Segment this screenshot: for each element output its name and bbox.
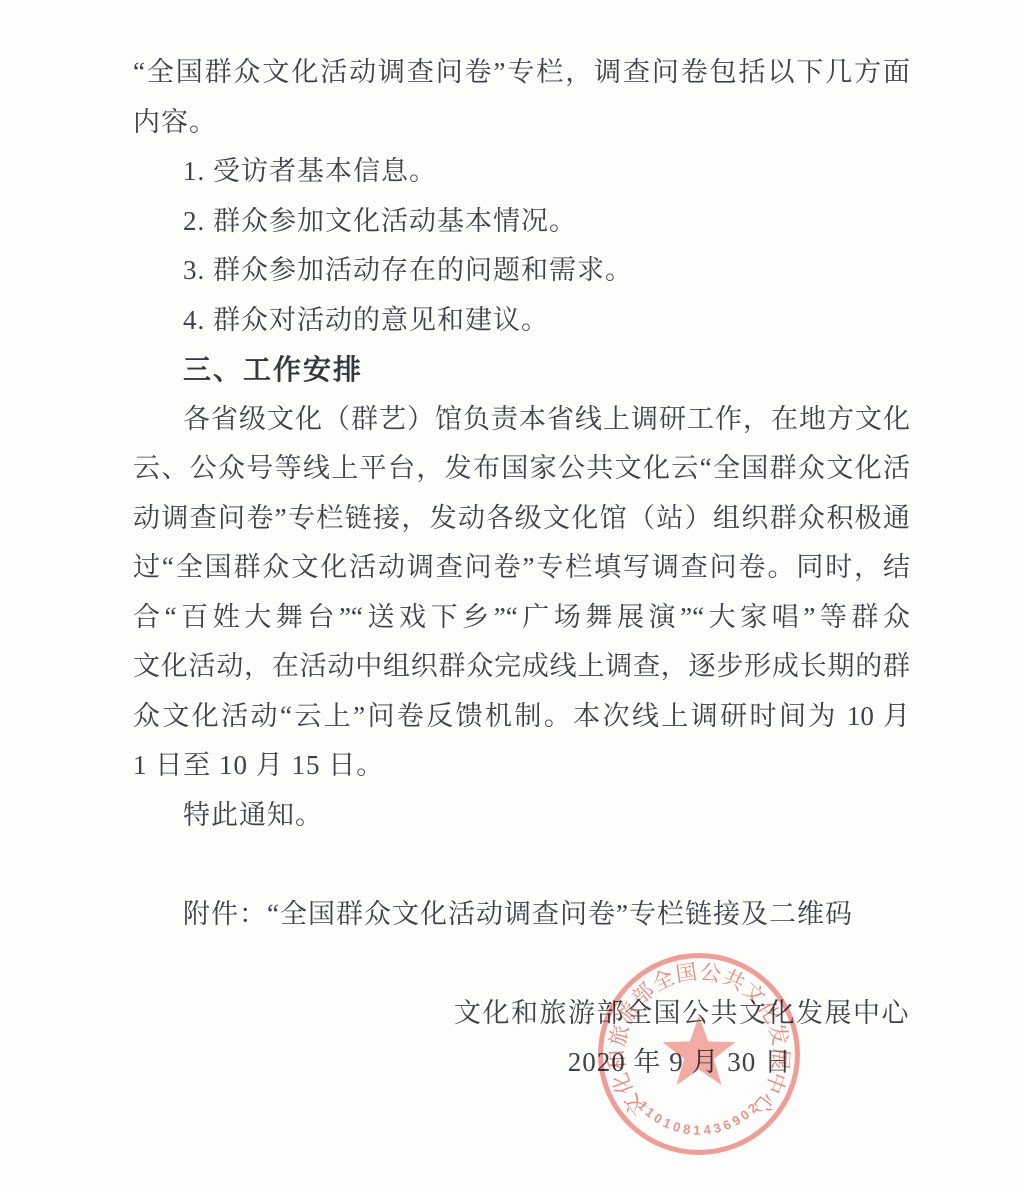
text-line: 1 日至 10 月 15 日。 (133, 741, 910, 791)
official-seal: 文化和旅游部全国公共文化发展中心 1101081436902 (596, 950, 802, 1158)
text-line: 文化活动，在活动中组织群众完成线上调查，逐步形成长期的群 (133, 642, 910, 692)
seal-serial-number: 1101081436902 (635, 1098, 763, 1138)
document-body: “全国群众文化活动调查问卷”专栏，调查问卷包括以下几方面 内容。 1. 受访者基… (133, 48, 910, 1088)
text-line: 2. 群众参加文化活动基本情况。 (133, 197, 910, 247)
text-line: 特此通知。 (133, 791, 910, 841)
text-line: 众文化活动“云上”问卷反馈机制。本次线上调研时间为 10 月 (133, 692, 910, 742)
text-line: 云、公众号等线上平台，发布国家公共文化云“全国群众文化活 (133, 444, 910, 494)
text-line: “全国群众文化活动调查问卷”专栏，调查问卷包括以下几方面 (133, 48, 910, 98)
text-line: 各省级文化（群艺）馆负责本省线上调研工作，在地方文化 (133, 395, 910, 445)
text-line: 三、工作安排 (133, 345, 910, 395)
text-line: 1. 受访者基本信息。 (133, 147, 910, 197)
text-line: 合“百姓大舞台”“送戏下乡”“广场舞展演”“大家唱”等群众 (133, 593, 910, 643)
text-line: 内容。 (133, 98, 910, 148)
official-seal-graphic: 文化和旅游部全国公共文化发展中心 1101081436902 (596, 950, 802, 1158)
text-line: 过“全国群众文化活动调查问卷”专栏填写调查问卷。同时，结 (133, 543, 910, 593)
text-line: 3. 群众参加活动存在的问题和需求。 (133, 246, 910, 296)
text-line: 附件：“全国群众文化活动调查问卷”专栏链接及二维码 (133, 890, 910, 940)
text-line: 4. 群众对活动的意见和建议。 (133, 296, 910, 346)
document-page: “全国群众文化活动调查问卷”专栏，调查问卷包括以下几方面 内容。 1. 受访者基… (0, 0, 1021, 1191)
star-icon (663, 1016, 736, 1085)
text-line: 动调查问卷”专栏链接，发动各级文化馆（站）组织群众积极通 (133, 494, 910, 544)
